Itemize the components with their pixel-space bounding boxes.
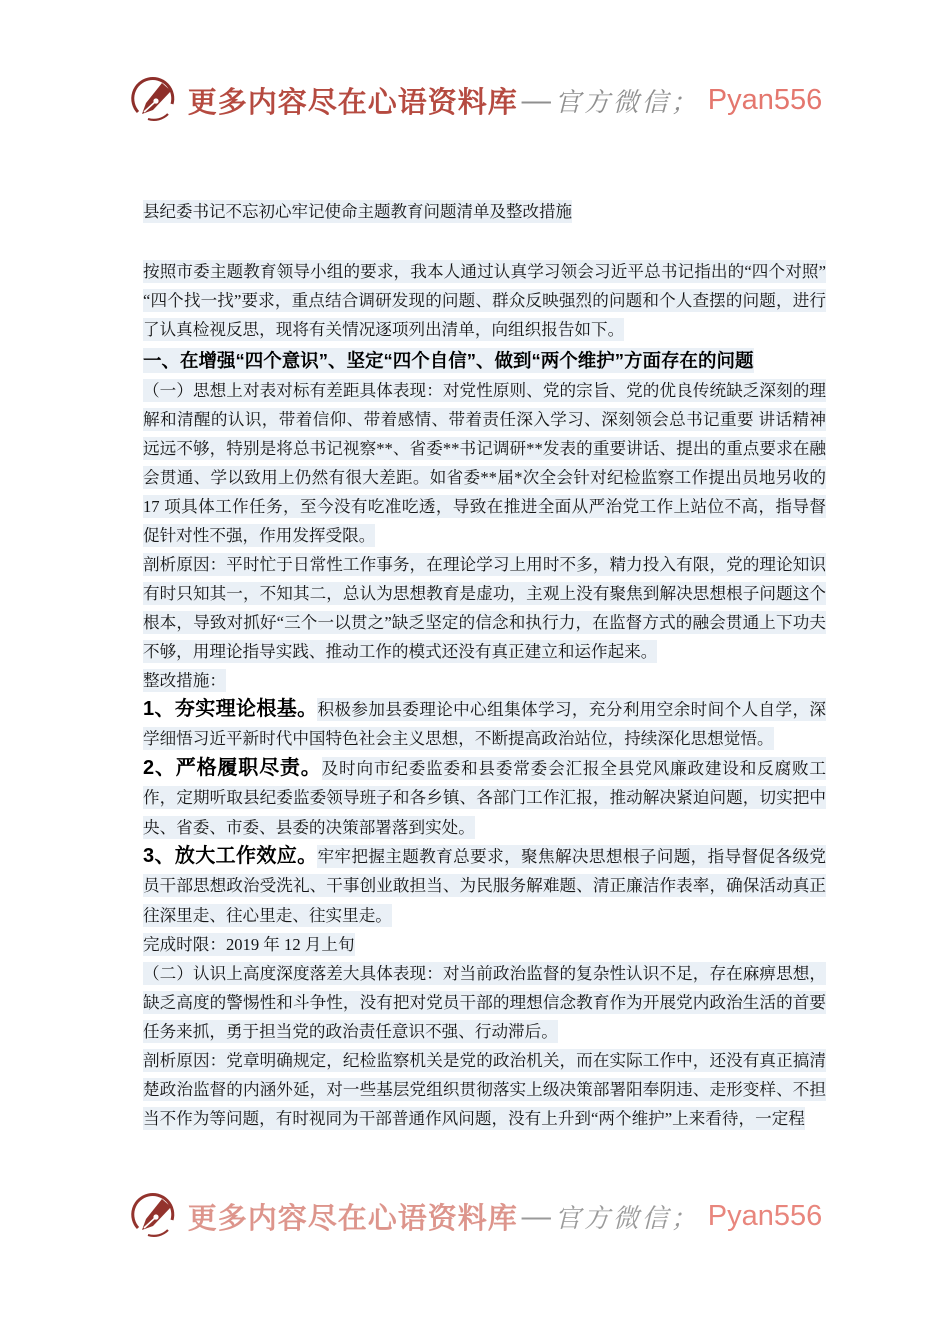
section-1-heading: 一、在增强“四个意识”、坚定“四个自信”、做到“两个维护”方面存在的问题	[143, 346, 826, 376]
measure-item-1-lead: 1、夯实理论根基。	[143, 698, 317, 720]
watermark-wechat-id: Pyan556	[708, 1200, 823, 1233]
document-title: 县纪委书记不忘初心牢记使命主题教育问题清单及整改措施	[143, 197, 826, 227]
watermark-header: 更多内容尽在心语资料库 — 官方微信； Pyan556	[0, 74, 950, 126]
watermark-brand-text: 更多内容尽在心语资料库	[188, 80, 518, 121]
document-content: 县纪委书记不忘初心牢记使命主题教育问题清单及整改措施 按照市委主题教育领导小组的…	[143, 197, 826, 1133]
measure-item-1: 1、夯实理论根基。积极参加县委理论中心组集体学习，充分利用空余时间个人自学，深学…	[143, 695, 826, 754]
watermark-wechat-label: 官方微信；	[555, 82, 700, 119]
measure-item-3-lead: 3、放大工作效应。	[143, 845, 317, 867]
watermark-dash: —	[522, 1200, 551, 1233]
issue-2-paragraph: （二）认识上高度深度落差大具体表现：对当前政治监督的复杂性认识不足，存在麻痹思想…	[143, 959, 826, 1046]
measure-item-2-lead: 2、严格履职尽责。	[143, 757, 322, 779]
measure-item-3: 3、放大工作效应。牢牢把握主题教育总要求，聚焦解决思想根子问题，指导督促各级党员…	[143, 842, 826, 930]
measure-item-2: 2、严格履职尽责。及时向市纪委监委和县委常委会汇报全县党风廉政建设和反腐败工作，…	[143, 754, 826, 842]
pen-nib-logo-icon	[128, 1190, 180, 1242]
issue-1-cause-paragraph: 剖析原因：平时忙于日常性工作事务，在理论学习上用时不多，精力投入有限，党的理论知…	[143, 550, 826, 666]
watermark-wechat-id: Pyan556	[708, 84, 823, 117]
measures-label: 整改措施：	[143, 666, 826, 695]
watermark-brand-text: 更多内容尽在心语资料库	[188, 1196, 518, 1237]
issue-2-cause-paragraph: 剖析原因：党章明确规定，纪检监察机关是党的政治机关，而在实际工作中，还没有真正搞…	[143, 1046, 826, 1133]
watermark-dash: —	[522, 84, 551, 117]
pen-nib-logo-icon	[128, 74, 180, 126]
issue-1-paragraph: （一）思想上对表对标有差距具体表现：对党性原则、党的宗旨、党的优良传统缺乏深刻的…	[143, 376, 826, 550]
watermark-wechat-label: 官方微信；	[555, 1198, 700, 1235]
watermark-footer: 更多内容尽在心语资料库 — 官方微信； Pyan556	[0, 1190, 950, 1242]
intro-paragraph: 按照市委主题教育领导小组的要求，我本人通过认真学习领会习近平总书记指出的“四个对…	[143, 257, 826, 344]
document-page: 更多内容尽在心语资料库 — 官方微信； Pyan556 县纪委书记不忘初心牢记使…	[0, 0, 950, 1344]
deadline-line: 完成时限：2019 年 12 月上旬	[143, 930, 826, 959]
